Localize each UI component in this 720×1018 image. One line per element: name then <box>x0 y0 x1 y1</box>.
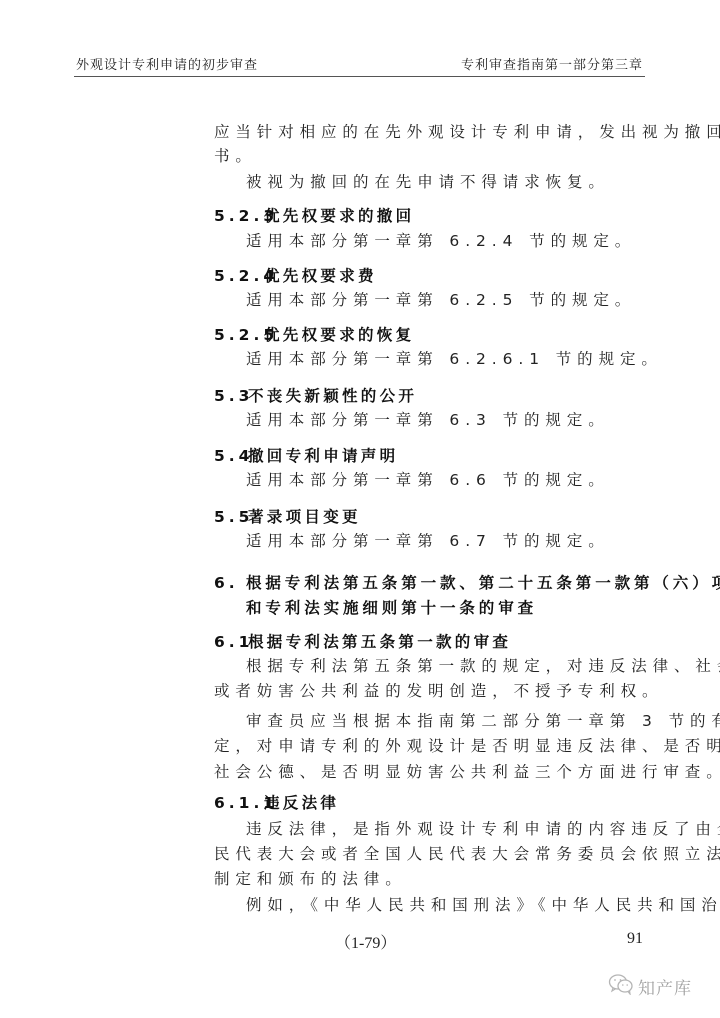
section-number: 5.4 <box>214 446 248 466</box>
section-heading-6-1-1: 6.1.1违反法律 <box>214 793 339 813</box>
paragraph-line: 民代表大会或者全国人民代表大会常务委员会依照立法程序 <box>214 844 720 864</box>
paragraph-line: 根据专利法第五条第一款的规定，对违反法律、社会公德 <box>246 656 720 676</box>
section-heading-6: 6.根据专利法第五条第一款、第二十五条第一款第（六）项 <box>214 573 720 593</box>
section-text: 适用本部分第一章第 6.2.6.1 节的规定。 <box>246 349 663 369</box>
section-title: 著录项目变更 <box>248 508 361 526</box>
page-reference: （1-79） <box>335 930 396 953</box>
watermark: 知产库 <box>608 974 692 998</box>
section-heading-5-2-5: 5.2.5优先权要求的恢复 <box>214 325 414 345</box>
paragraph-line: 书。 <box>214 146 257 166</box>
section-title: 不丧失新颖性的公开 <box>248 387 417 405</box>
section-number: 5.5 <box>214 507 248 527</box>
section-text: 适用本部分第一章第 6.3 节的规定。 <box>246 410 610 430</box>
section-text: 适用本部分第一章第 6.2.4 节的规定。 <box>246 231 636 251</box>
paragraph-line: 审查员应当根据本指南第二部分第一章第 3 节的有关规 <box>246 711 720 731</box>
section-title: 根据专利法第五条第一款的审查 <box>248 633 511 651</box>
section-number: 6.1.1 <box>214 793 260 813</box>
section-title-continued: 和专利法实施细则第十一条的审查 <box>246 598 537 618</box>
section-text: 适用本部分第一章第 6.2.5 节的规定。 <box>246 290 636 310</box>
section-number: 5.2.4 <box>214 266 260 286</box>
section-heading-5-2-4: 5.2.4优先权要求费 <box>214 266 377 286</box>
section-heading-5-2-3: 5.2.3优先权要求的撤回 <box>214 206 414 226</box>
paragraph-line: 违反法律，是指外观设计专利申请的内容违反了由全国人 <box>246 819 720 839</box>
section-title: 优先权要求费 <box>264 267 377 285</box>
section-heading-6-1: 6.1根据专利法第五条第一款的审查 <box>214 632 511 652</box>
section-text: 适用本部分第一章第 6.6 节的规定。 <box>246 470 610 490</box>
section-number: 6. <box>214 573 246 593</box>
section-text: 适用本部分第一章第 6.7 节的规定。 <box>246 531 610 551</box>
section-number: 5.2.5 <box>214 325 260 345</box>
paragraph-line: 例如，《中华人民共和国刑法》《中华人民共和国治安管理 <box>246 895 720 915</box>
paragraph-line: 社会公德、是否明显妨害公共利益三个方面进行审查。 <box>214 762 720 782</box>
section-title: 根据专利法第五条第一款、第二十五条第一款第（六）项 <box>246 574 720 592</box>
section-number: 5.3 <box>214 386 248 406</box>
wechat-icon <box>608 973 634 999</box>
running-header: 外观设计专利申请的初步审查 专利审查指南第一部分第三章 <box>74 58 645 77</box>
page-number: 91 <box>627 930 643 948</box>
section-heading-5-4: 5.4撤回专利申请声明 <box>214 446 398 466</box>
section-heading-5-5: 5.5著录项目变更 <box>214 507 361 527</box>
section-heading-5-3: 5.3不丧失新颖性的公开 <box>214 386 417 406</box>
watermark-text: 知产库 <box>638 974 692 999</box>
paragraph-line: 定，对申请专利的外观设计是否明显违反法律、是否明显违反 <box>214 736 720 756</box>
section-number: 5.2.3 <box>214 206 260 226</box>
paragraph-line: 被视为撤回的在先申请不得请求恢复。 <box>246 172 610 192</box>
section-title: 优先权要求的恢复 <box>264 326 414 344</box>
header-right-title: 专利审查指南第一部分第三章 <box>461 58 643 74</box>
section-title: 撤回专利申请声明 <box>248 447 398 465</box>
section-title: 优先权要求的撤回 <box>264 207 414 225</box>
section-title: 违反法律 <box>264 794 339 812</box>
paragraph-line: 或者妨害公共利益的发明创造，不授予专利权。 <box>214 681 663 701</box>
paragraph-line: 制定和颁布的法律。 <box>214 869 407 889</box>
paragraph-line: 应当针对相应的在先外观设计专利申请，发出视为撤回通知 <box>214 122 720 142</box>
header-left-title: 外观设计专利申请的初步审查 <box>76 58 258 74</box>
section-number: 6.1 <box>214 632 248 652</box>
